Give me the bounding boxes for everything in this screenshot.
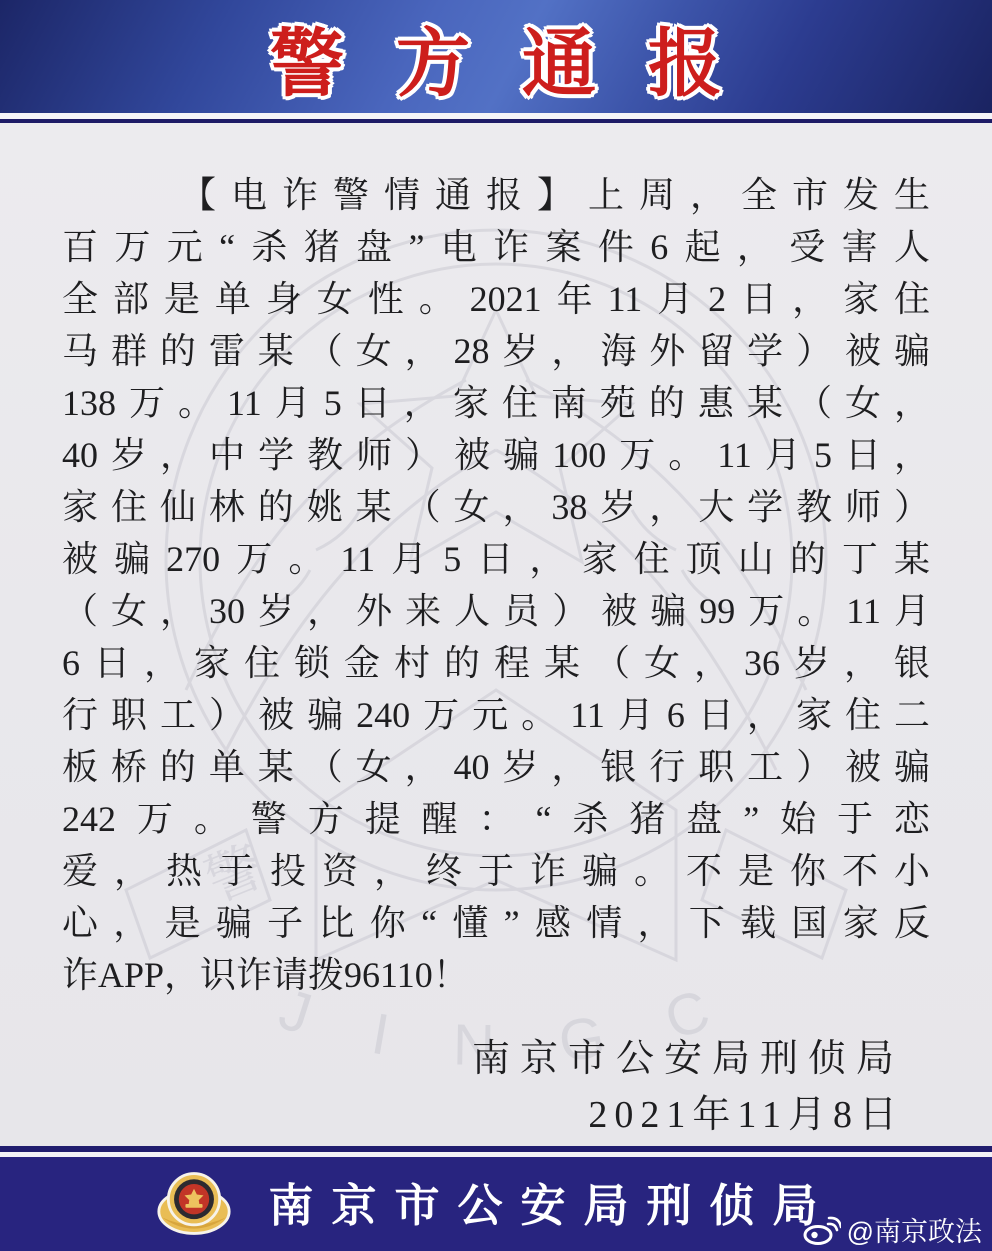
footer-org-title: 南京市公安局刑侦局 [268, 1169, 835, 1234]
notice-paper: 警 J I N G C H A 【电诈警情通报】上周，全市发生 百万元“杀猪盘”… [0, 123, 992, 1146]
weibo-credit-text: @南京政法 [847, 1210, 982, 1249]
notice-line: 马群的雷某（女，28岁，海外留学）被骗 [62, 325, 930, 377]
banner: 警方通报 [0, 0, 992, 113]
notice-line: 6日，家住锁金村的程某（女，36岁，银 [62, 637, 930, 689]
notice-line: 行职工）被骗240万元。11月6日，家住二 [62, 689, 930, 741]
notice-line: 全部是单身女性。2021年11月2日，家住 [62, 273, 930, 325]
police-notice-poster: 警方通报 警 J I N G C H A [0, 0, 992, 1251]
notice-line: 心，是骗子比你“懂”感情，下载国家反 [62, 897, 930, 949]
notice-line: 家住仙林的姚某（女，38岁，大学教师） [62, 481, 930, 533]
notice-line: 242万。警方提醒：“杀猪盘”始于恋 [62, 793, 930, 845]
footer-bar: 南京市公安局刑侦局 @南京政法 [0, 1157, 992, 1251]
notice-line: 【电诈警情通报】上周，全市发生 [62, 169, 930, 221]
notice-line: 板桥的单某（女，40岁，银行职工）被骗 [62, 741, 930, 793]
notice-line: 138万。11月5日，家住南苑的惠某（女， [62, 377, 930, 429]
signature-block: 南京市公安局刑侦局 2021年11月8日 [0, 1031, 992, 1143]
notice-line: 爱，热于投资，终于诈骗。不是你不小 [62, 845, 930, 897]
signature-date: 2021年11月8日 [0, 1087, 904, 1143]
police-badge-icon [156, 1169, 232, 1237]
notice-line: 百万元“杀猪盘”电诈案件6起，受害人 [62, 221, 930, 273]
notice-line: 40岁，中学教师）被骗100万。11月5日， [62, 429, 930, 481]
notice-line: 被骗270万。11月5日，家住顶山的丁某 [62, 533, 930, 585]
weibo-credit: @南京政法 [803, 1210, 982, 1249]
banner-title: 警方通报 [218, 5, 774, 111]
notice-line: （女，30岁，外来人员）被骗99万。11月 [62, 585, 930, 637]
weibo-logo-icon [803, 1215, 841, 1245]
notice-text-block: 【电诈警情通报】上周，全市发生 百万元“杀猪盘”电诈案件6起，受害人 全部是单身… [0, 123, 992, 1001]
signature-org: 南京市公安局刑侦局 [0, 1031, 904, 1087]
notice-line: 诈APP，识诈请拨96110！ [62, 949, 930, 1001]
